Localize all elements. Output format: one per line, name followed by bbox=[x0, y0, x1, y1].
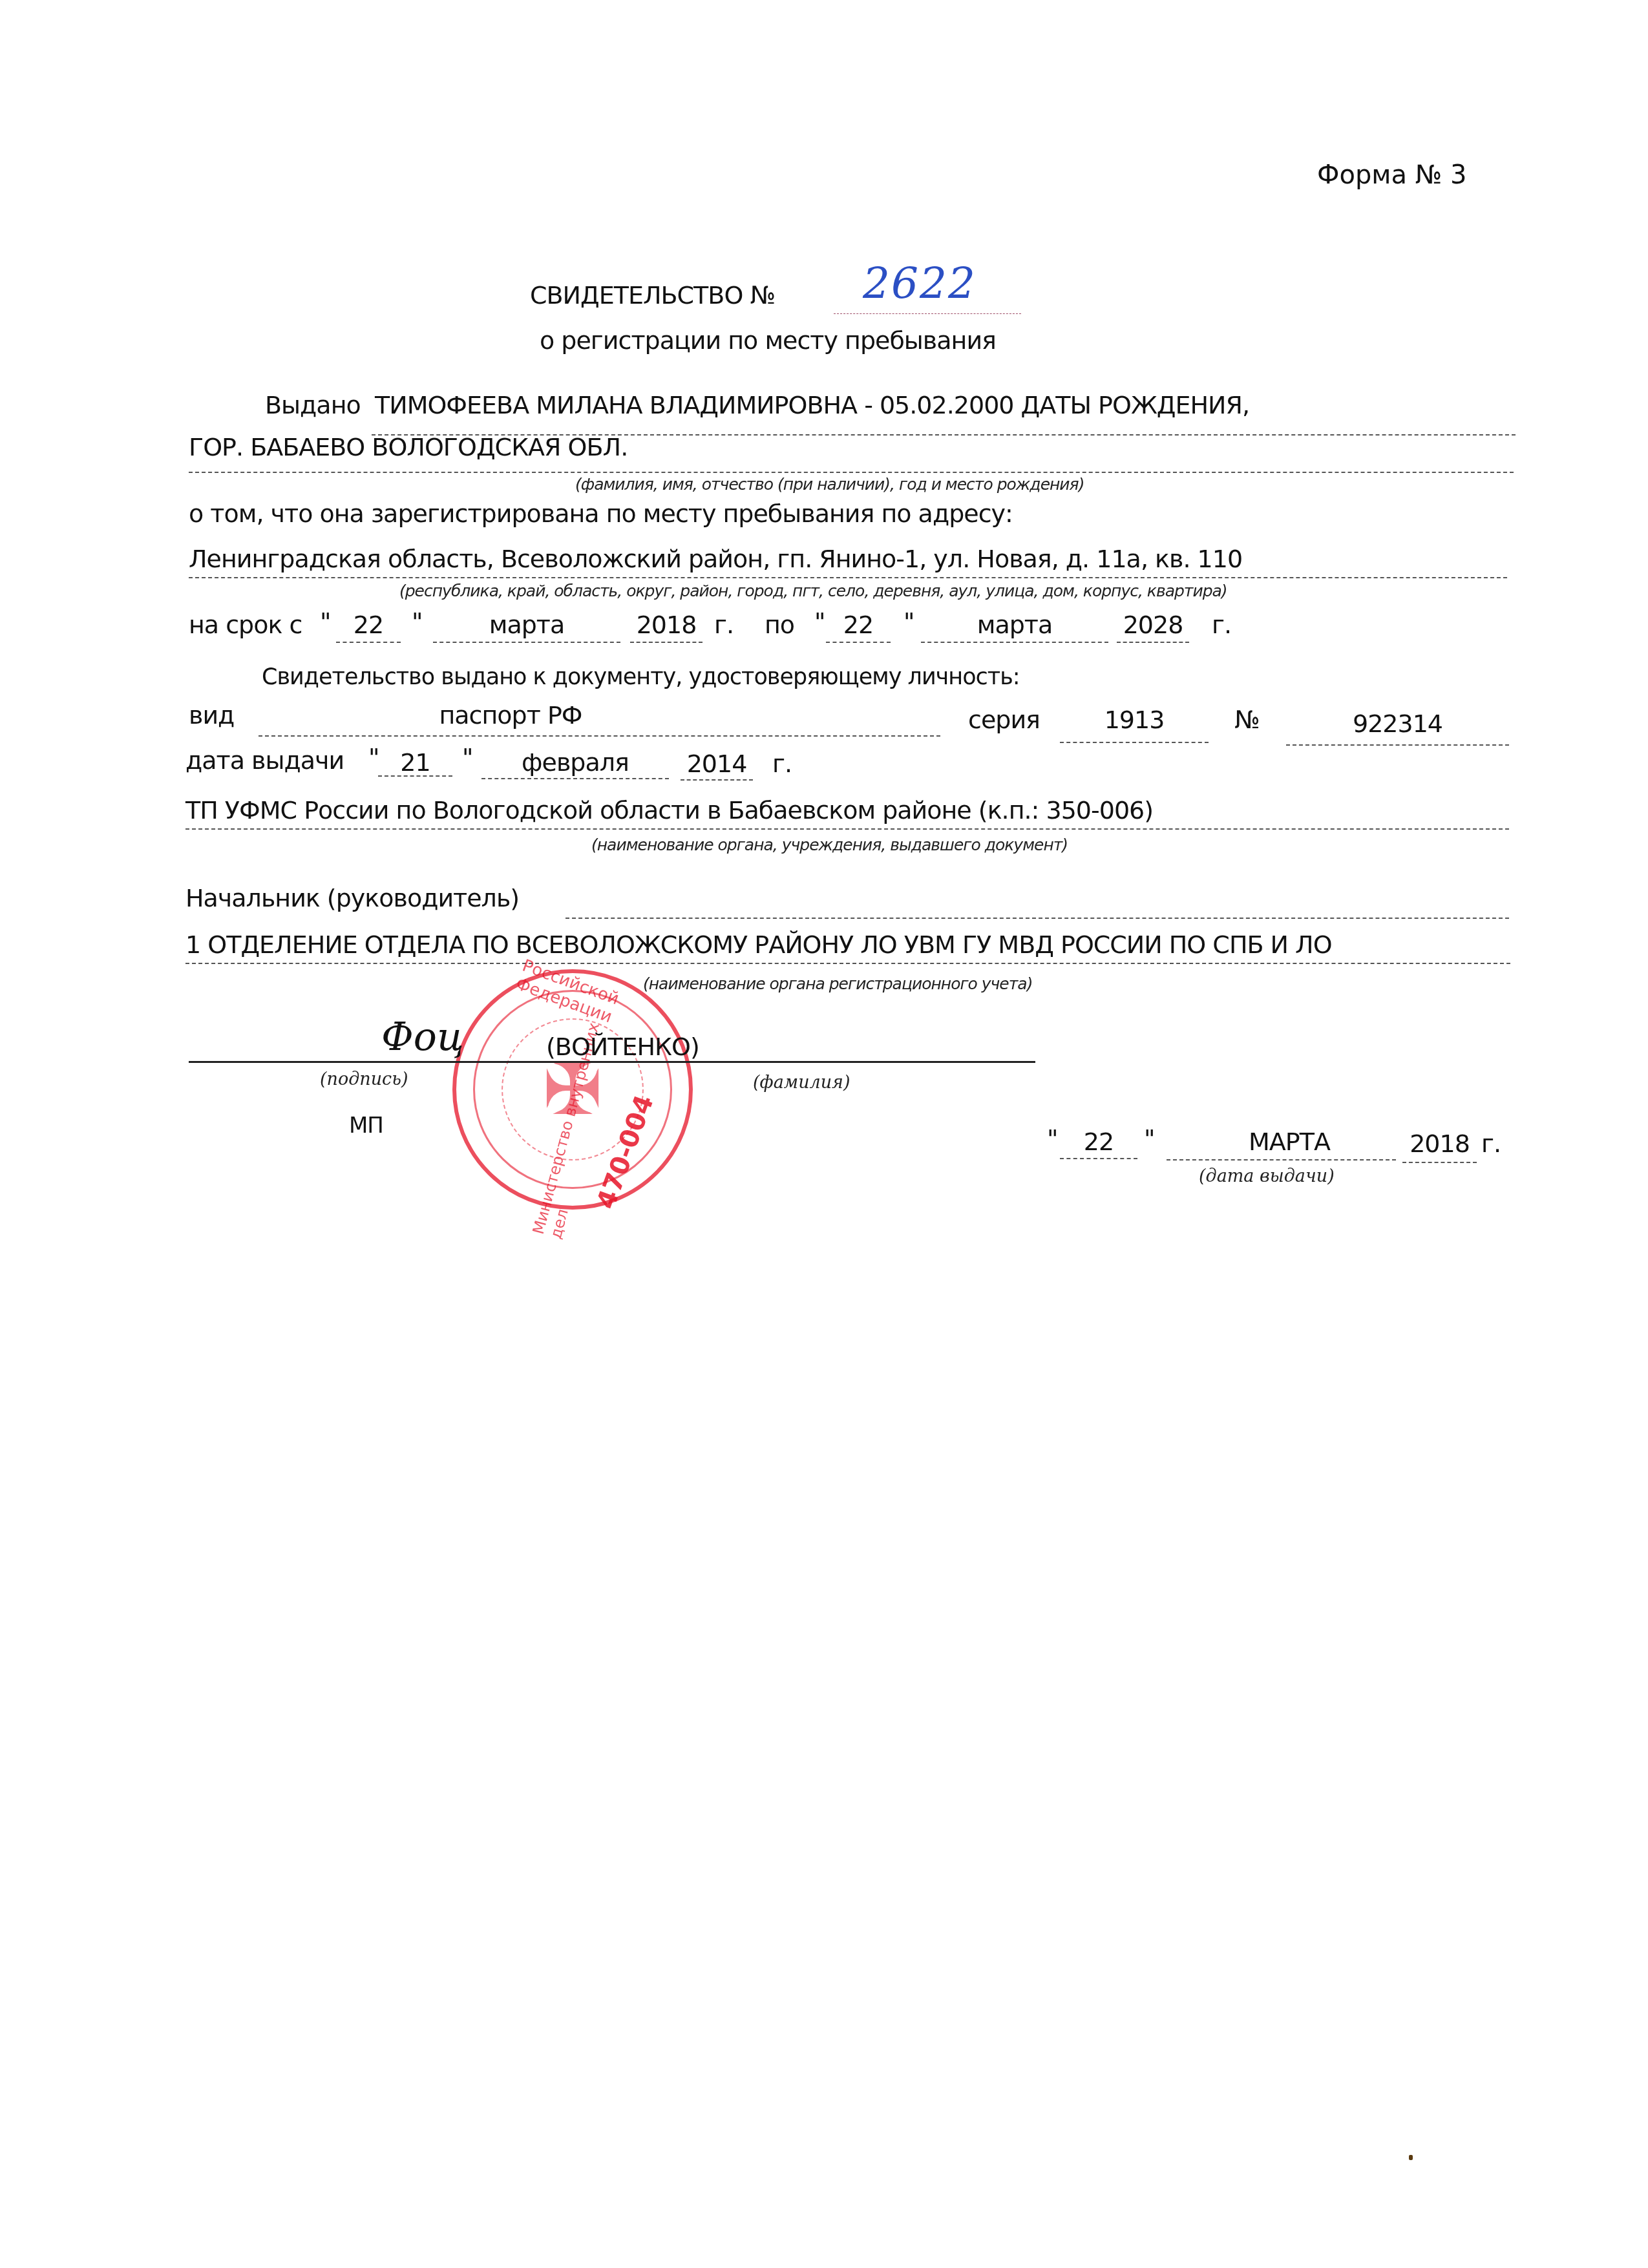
registration-address-hint: (республика, край, область, округ, район… bbox=[399, 582, 1227, 600]
term-to-label: по bbox=[765, 611, 794, 639]
doc-number-value: 922314 bbox=[1286, 709, 1509, 738]
registration-authority-name: 1 ОТДЕЛЕНИЕ ОТДЕЛА ПО ВСЕВОЛОЖСКОМУ РАЙО… bbox=[185, 930, 1332, 959]
registration-address-underline bbox=[189, 577, 1507, 578]
person-line-2: ГОР. БАБАЕВО ВОЛОГОДСКАЯ ОБЛ. bbox=[189, 433, 628, 461]
quote-open-3: " bbox=[368, 743, 379, 772]
doc-issuer-underline bbox=[185, 828, 1509, 830]
quote-close-3: " bbox=[462, 743, 472, 772]
doc-series-label: серия bbox=[968, 706, 1040, 734]
doc-series-value: 1913 bbox=[1060, 706, 1209, 734]
issue-year-suffix: г. bbox=[1481, 1129, 1501, 1158]
doc-issue-month: февраля bbox=[481, 748, 669, 777]
seal-place-label: МП bbox=[349, 1113, 383, 1139]
quote-open-2: " bbox=[814, 607, 825, 636]
term-from-day: 22 bbox=[336, 611, 401, 639]
doc-number-label: № bbox=[1234, 706, 1260, 734]
doc-series-underline bbox=[1060, 742, 1209, 743]
issue-year-underline bbox=[1402, 1162, 1477, 1163]
doc-type-value: паспорт РФ bbox=[259, 701, 763, 730]
issue-year: 2018 bbox=[1402, 1129, 1477, 1158]
doc-issuer: ТП УФМС России по Вологодской области в … bbox=[185, 796, 1153, 824]
doc-number-underline bbox=[1286, 744, 1509, 746]
registration-statement: о том, что она зарегистрирована по месту… bbox=[189, 499, 1013, 528]
doc-type-label: вид bbox=[189, 701, 234, 730]
term-from-year-suffix: г. bbox=[714, 611, 734, 639]
issued-label: Выдано bbox=[265, 391, 361, 419]
surname-hint: (фамилия) bbox=[753, 1073, 850, 1093]
term-to-year-underline bbox=[1117, 642, 1189, 643]
official-seal-stamp: ✠ Российской Федерации Министерство внут… bbox=[452, 969, 693, 1210]
quote-close-2: " bbox=[903, 607, 914, 636]
person-hint: (фамилия, имя, отчество (при наличии), г… bbox=[575, 475, 1084, 494]
head-underline bbox=[565, 918, 1509, 919]
doc-issue-day-underline bbox=[378, 775, 452, 777]
term-from-month-underline bbox=[433, 642, 620, 643]
identity-intro: Свидетельство выдано к документу, удосто… bbox=[262, 664, 1020, 690]
doc-issue-day: 21 bbox=[378, 748, 452, 777]
term-from-year: 2018 bbox=[630, 611, 703, 639]
term-from-day-underline bbox=[336, 642, 401, 643]
issue-date-hint: (дата выдачи) bbox=[1199, 1166, 1335, 1186]
doc-issue-year-underline bbox=[681, 779, 753, 781]
form-number: Форма № 3 bbox=[1317, 160, 1466, 190]
quote-open: " bbox=[320, 607, 330, 636]
certificate-number-handwritten: 2622 bbox=[863, 258, 977, 308]
person-line-1: ТИМОФЕЕВА МИЛАНА ВЛАДИМИРОВНА - 05.02.20… bbox=[375, 391, 1249, 419]
term-to-year: 2028 bbox=[1117, 611, 1189, 639]
term-to-day-underline bbox=[826, 642, 891, 643]
doc-type-underline bbox=[259, 735, 940, 737]
quote-close: " bbox=[412, 607, 422, 636]
signatory-surname: (ВОЙТЕНКО) bbox=[546, 1033, 699, 1061]
issue-month-underline bbox=[1167, 1159, 1396, 1160]
certificate-number-underline bbox=[834, 313, 1021, 314]
registration-address: Ленинградская область, Всеволожский райо… bbox=[189, 545, 1242, 573]
registration-authority-underline bbox=[185, 963, 1510, 964]
doc-issuer-hint: (наименование органа, учреждения, выдавш… bbox=[591, 835, 1068, 854]
handwritten-signature: Фоц bbox=[381, 1014, 464, 1060]
term-to-day: 22 bbox=[826, 611, 891, 639]
certificate-subheading: о регистрации по месту пребывания bbox=[540, 326, 996, 355]
term-from-month: марта bbox=[433, 611, 620, 639]
term-to-month-underline bbox=[921, 642, 1108, 643]
term-to-month: марта bbox=[921, 611, 1108, 639]
person-line-2-underline bbox=[189, 472, 1514, 473]
issue-month: МАРТА bbox=[1089, 1128, 1412, 1156]
registration-authority-hint: (наименование органа регистрационного уч… bbox=[643, 974, 1032, 993]
quote-open-4: " bbox=[1047, 1124, 1057, 1153]
doc-issue-month-underline bbox=[481, 778, 669, 779]
head-label: Начальник (руководитель) bbox=[185, 884, 519, 912]
scan-speck bbox=[1409, 2155, 1413, 2160]
doc-issue-year: 2014 bbox=[681, 750, 753, 778]
signature-hint: (подпись) bbox=[320, 1069, 408, 1089]
term-label: на срок с bbox=[189, 611, 302, 639]
issue-day-underline bbox=[1060, 1158, 1137, 1159]
certificate-heading: СВИДЕТЕЛЬСТВО № bbox=[530, 281, 775, 310]
signature-line bbox=[189, 1061, 1035, 1063]
term-to-year-suffix: г. bbox=[1212, 611, 1231, 639]
term-from-year-underline bbox=[630, 642, 703, 643]
doc-issue-year-suffix: г. bbox=[772, 750, 792, 778]
doc-issue-date-label: дата выдачи bbox=[185, 746, 344, 775]
